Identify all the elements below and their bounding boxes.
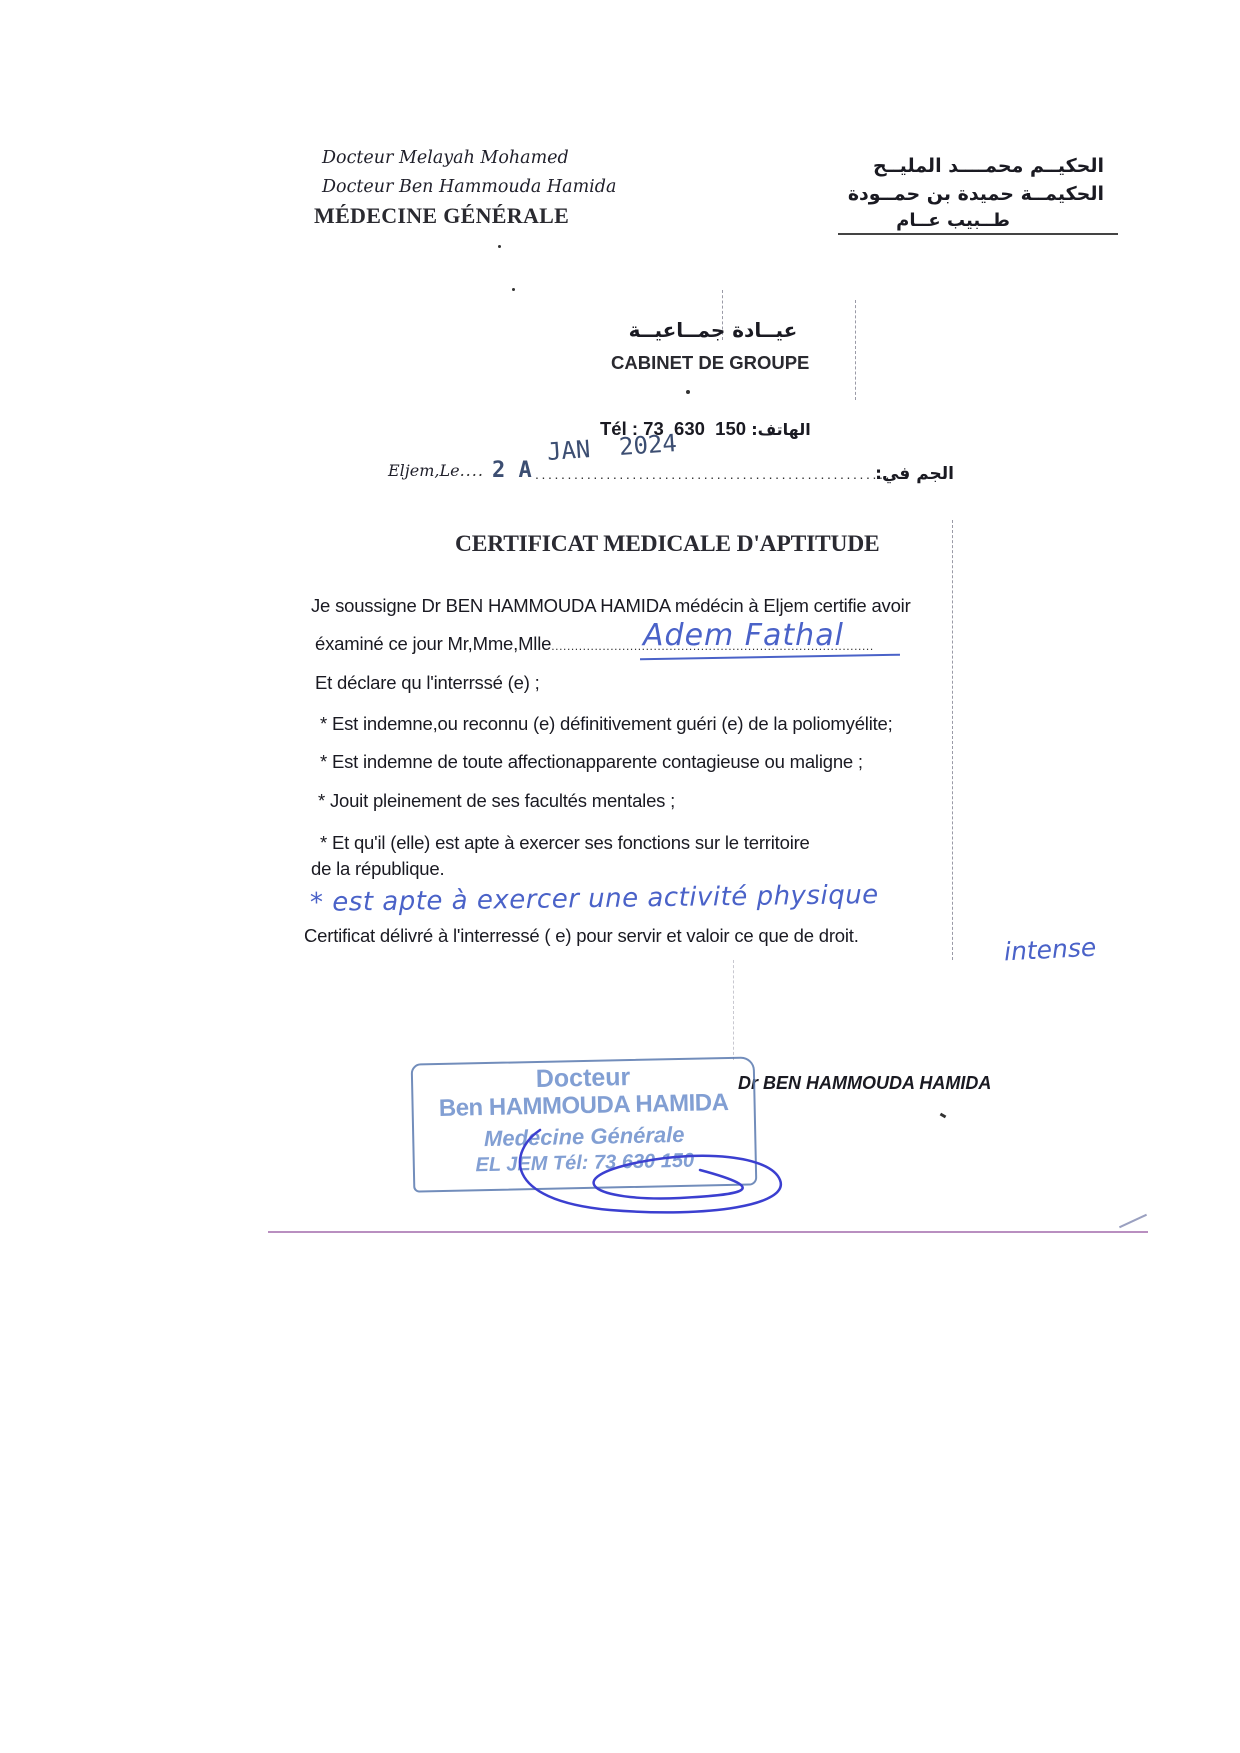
date-label-arabic: الجم في: — [875, 464, 954, 484]
phone-label-ar: الهاتف: — [751, 420, 811, 439]
doctor-name-1: Docteur Melayah Mohamed — [322, 148, 569, 168]
header-underline — [838, 233, 1118, 235]
specialty-french: MÉDECINE GÉNÉRALE — [314, 203, 569, 229]
cabinet-arabic: عيــادة جمــاعيــة — [604, 318, 822, 342]
bottom-rule — [268, 1231, 1148, 1233]
scan-speck — [498, 245, 501, 248]
patient-name-handwritten: Adem Fathal — [643, 618, 844, 653]
scan-speck — [686, 390, 690, 394]
bullet-1: * Est indemne,ou reconnu (e) définitivem… — [320, 713, 893, 735]
examined-label: éxaminé ce jour Mr,Mme,Mlle — [315, 633, 551, 654]
scan-line — [952, 520, 953, 960]
doctor-printed-name: Dr BEN HAMMOUDA HAMIDA — [738, 1073, 991, 1094]
bullet-3: * Jouit pleinement de ses facultés menta… — [318, 790, 675, 812]
handwritten-addition-1: * est apte à exercer une activité physiq… — [310, 880, 879, 918]
date-label: Eljem,Le — [388, 461, 460, 480]
document-title: CERTIFICAT MEDICALE D'APTITUDE — [455, 531, 880, 558]
scan-line — [855, 300, 856, 400]
doctor-name-2-arabic: الحكيمــة حميدة بن حمــودة — [848, 183, 1104, 205]
body-line-1: Je soussigne Dr BEN HAMMOUDA HAMIDA médé… — [311, 595, 911, 617]
body-line-3: Et déclare qu l'interrssé (e) ; — [315, 672, 540, 694]
doctor-name-2: Docteur Ben Hammouda Hamida — [322, 177, 616, 197]
bullet-4-continuation: de la république. — [311, 858, 444, 880]
bottom-rule-tail — [1119, 1214, 1147, 1228]
scan-line — [733, 960, 734, 1060]
scan-speck — [512, 288, 515, 291]
date-stamp-month-year: JAN 2024 — [546, 429, 678, 466]
closing-statement: Certificat délivré à l'interressé ( e) p… — [304, 925, 859, 947]
date-dots: ........................................… — [535, 466, 911, 482]
scan-speck — [940, 1113, 947, 1119]
handwritten-addition-2: intense — [1003, 933, 1097, 967]
bullet-4: * Et qu'il (elle) est apte à exercer ses… — [320, 832, 810, 854]
specialty-arabic: طــبيب عــام — [896, 210, 1010, 231]
cabinet-french: CABINET DE GROUPE — [611, 352, 809, 374]
handwritten-signature — [500, 1110, 800, 1220]
date-stamp-day: 2 A — [492, 458, 532, 483]
doctor-name-1-arabic: الحكيــم محمــــد المليــح — [873, 155, 1104, 177]
bullet-2: * Est indemne de toute affectionapparent… — [320, 751, 863, 773]
date-line: Eljem,Le.... — [388, 461, 484, 480]
